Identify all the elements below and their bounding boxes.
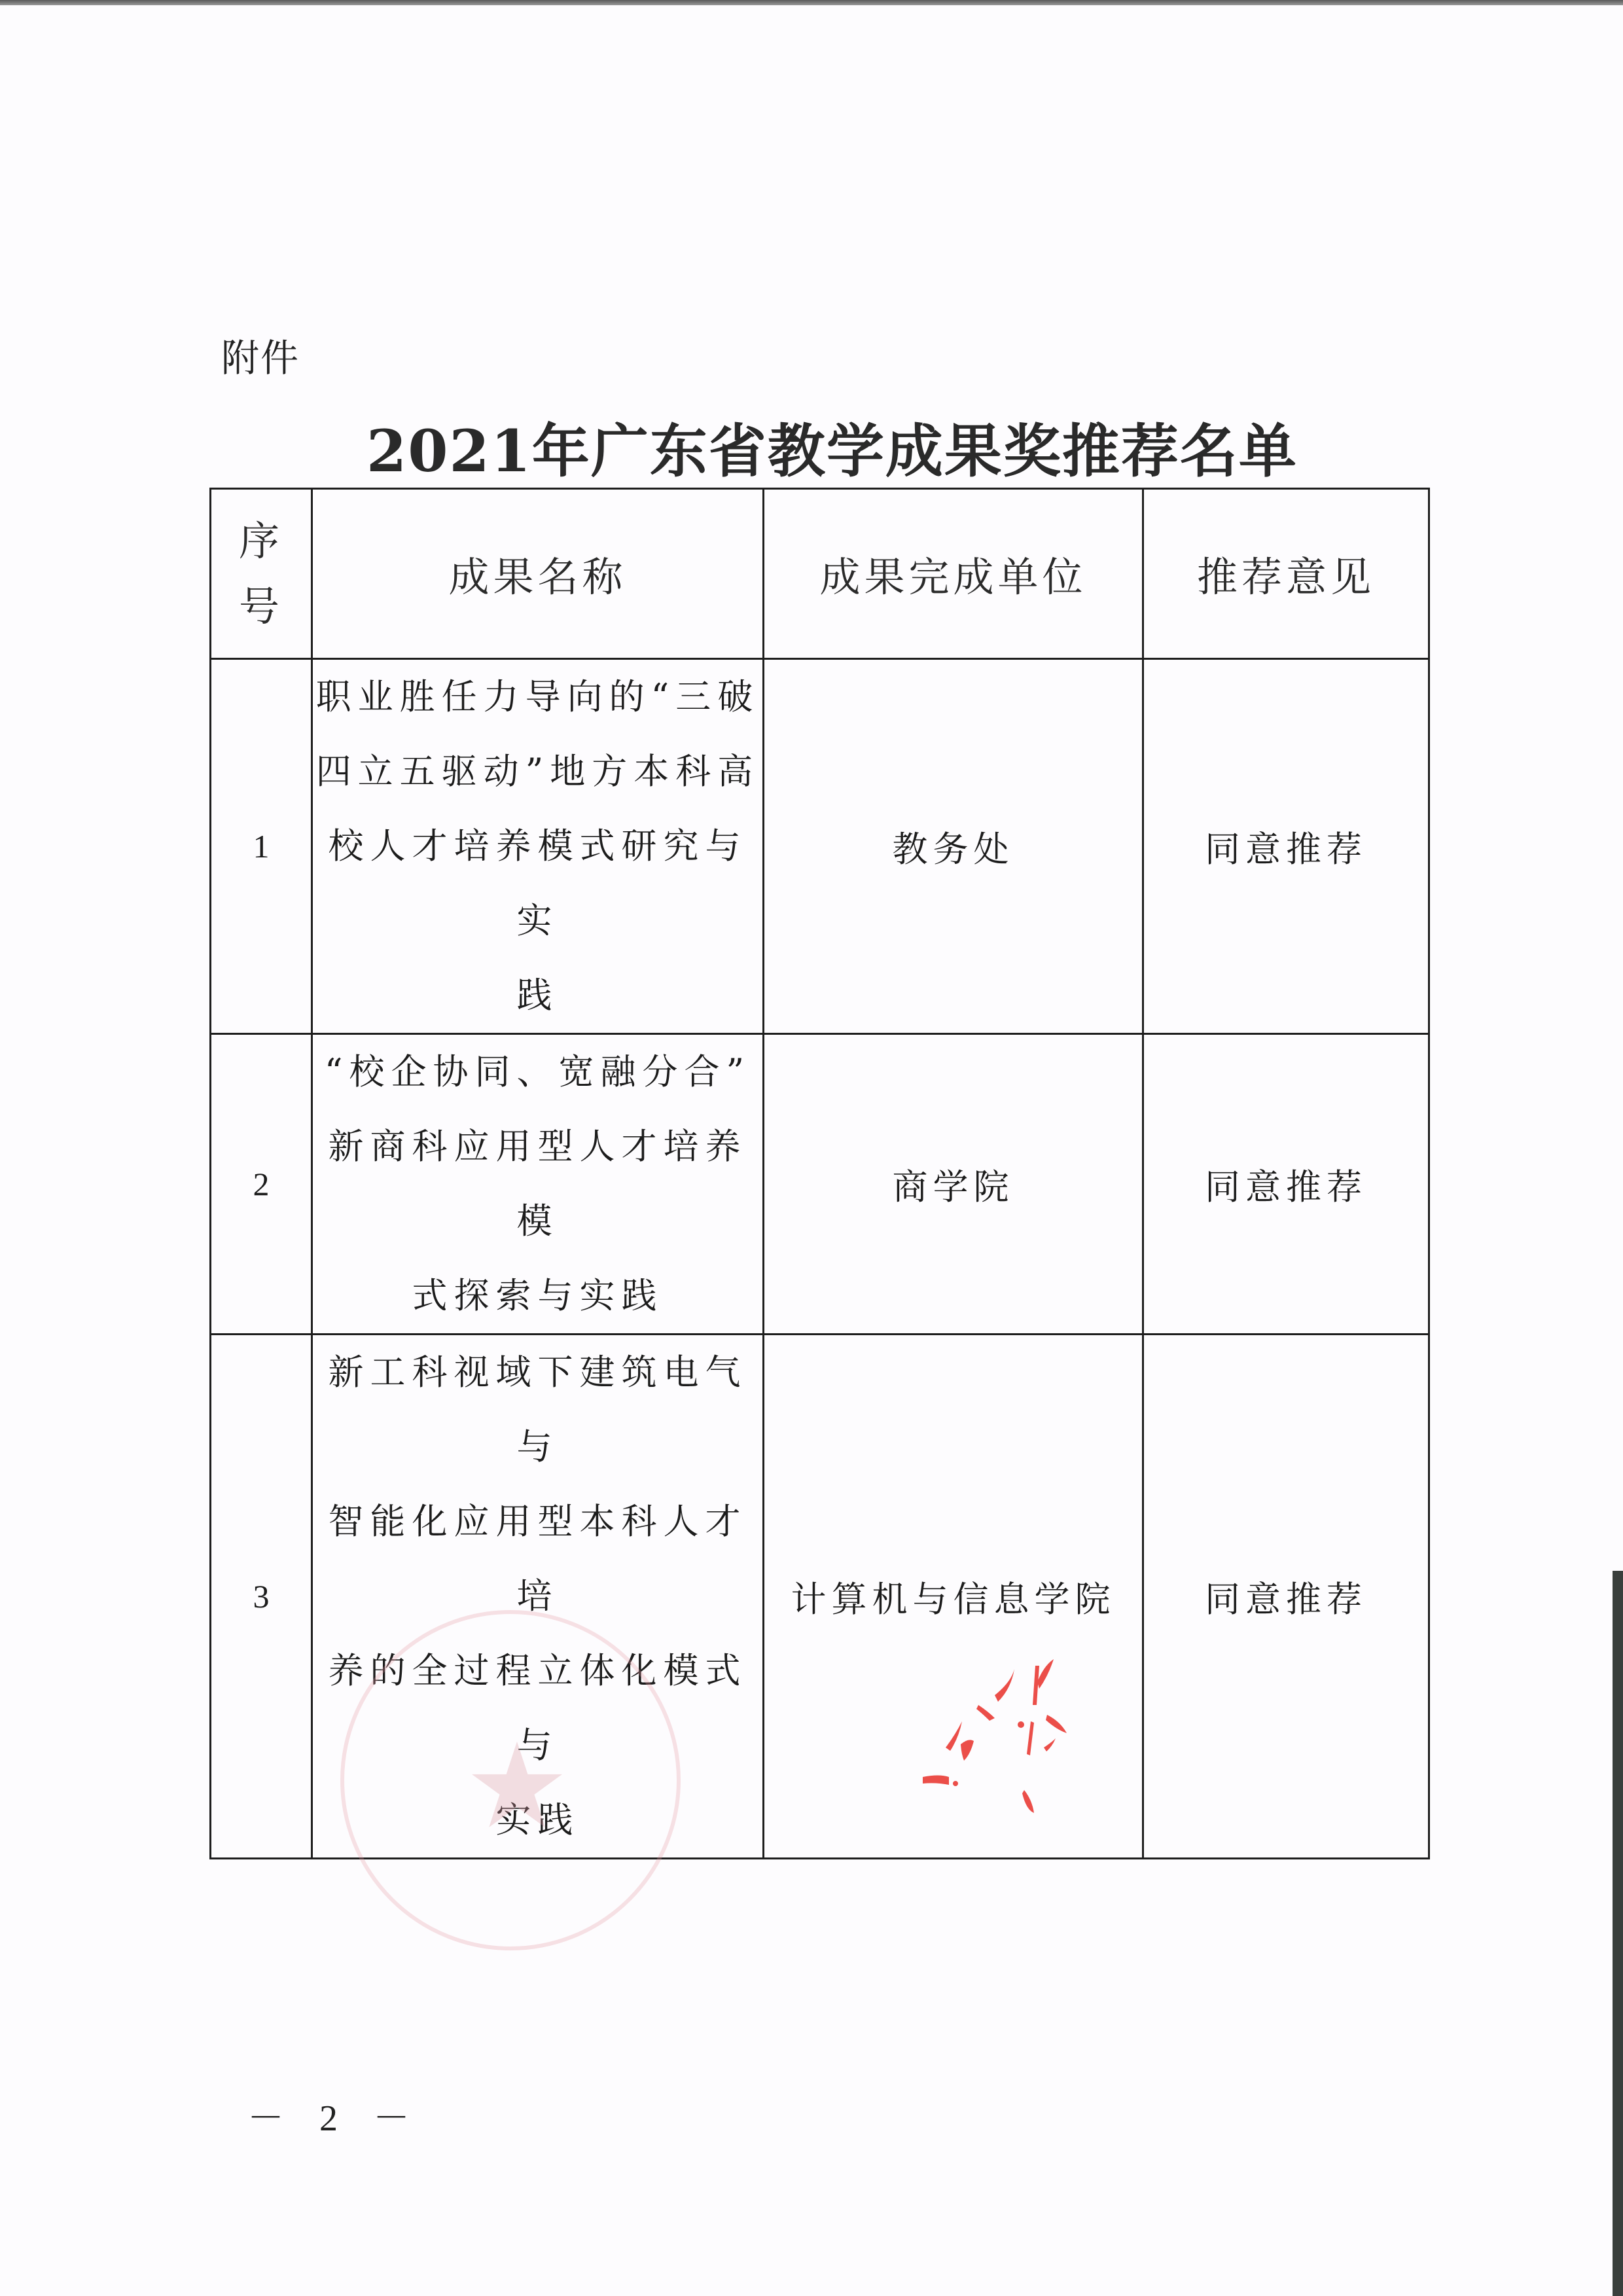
name-line: 新工科视域下建筑电气与: [313, 1335, 762, 1484]
column-header-unit: 成果完成单位: [764, 489, 1143, 659]
page-number: － 2 －: [247, 2089, 423, 2142]
row-opinion: 同意推荐: [1143, 1034, 1429, 1335]
row-unit: 商学院: [764, 1034, 1143, 1335]
row-opinion: 同意推荐: [1143, 1335, 1429, 1859]
name-line: 践: [313, 958, 762, 1033]
scan-edge-top: [0, 0, 1623, 5]
row-unit: 教务处: [764, 659, 1143, 1034]
row-seq: 1: [211, 659, 312, 1034]
row-seq: 2: [211, 1034, 312, 1335]
column-header-seq-line1: 序: [211, 509, 311, 574]
seal-star-icon: ★: [458, 1728, 576, 1846]
recommendation-table: 序 号 成果名称 成果完成单位 推荐意见 1 职业胜任力导向的“三破 四立五驱动…: [209, 488, 1430, 1859]
table-row: 2 “校企协同、宽融分合” 新商科应用型人才培养模 式探索与实践 商学院 同意推…: [211, 1034, 1429, 1335]
column-header-seq-line2: 号: [211, 574, 311, 639]
table-row: 1 职业胜任力导向的“三破 四立五驱动”地方本科高 校人才培养模式研究与实 践 …: [211, 659, 1429, 1034]
column-header-name: 成果名称: [312, 489, 764, 659]
table-header-row: 序 号 成果名称 成果完成单位 推荐意见: [211, 489, 1429, 659]
attachment-label: 附件: [221, 327, 300, 382]
page-title: 2021年广东省教学成果奖推荐名单: [366, 406, 1298, 488]
scan-edge-right: [1613, 1571, 1623, 2296]
column-header-opinion: 推荐意见: [1143, 489, 1429, 659]
row-opinion: 同意推荐: [1143, 659, 1429, 1034]
row-seq: 3: [211, 1335, 312, 1859]
name-line: 职业胜任力导向的“三破: [313, 660, 762, 734]
row-achievement-name: 职业胜任力导向的“三破 四立五驱动”地方本科高 校人才培养模式研究与实 践: [312, 659, 764, 1034]
name-line: 智能化应用型本科人才培: [313, 1484, 762, 1634]
name-line: 四立五驱动”地方本科高: [313, 734, 762, 809]
column-header-seq: 序 号: [211, 489, 312, 659]
row-achievement-name: “校企协同、宽融分合” 新商科应用型人才培养模 式探索与实践: [312, 1034, 764, 1335]
red-seal-fragment-icon: [883, 1623, 1145, 1885]
name-line: “校企协同、宽融分合”: [313, 1035, 762, 1109]
name-line: 新商科应用型人才培养模: [313, 1109, 762, 1259]
name-line: 校人才培养模式研究与实: [313, 809, 762, 958]
name-line: 式探索与实践: [313, 1259, 762, 1333]
